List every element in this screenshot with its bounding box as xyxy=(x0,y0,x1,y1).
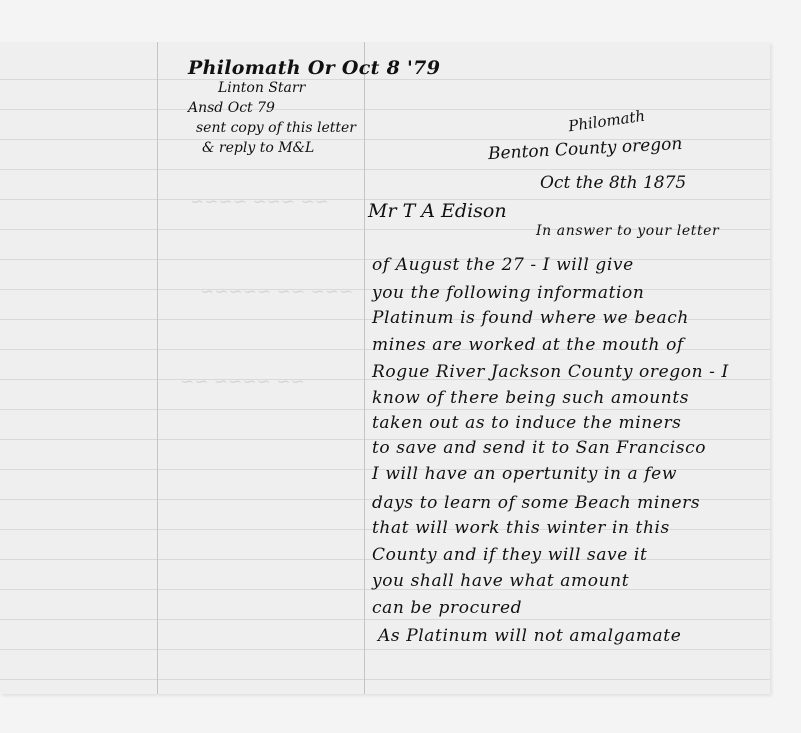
body-line: Rogue River Jackson County oregon - I xyxy=(372,362,729,382)
margin-note-line: Linton Starr xyxy=(188,78,440,98)
bleed-through-text: ~~ ~~~ ~~~~ xyxy=(190,192,329,212)
salutation: Mr T A Edison xyxy=(368,200,507,222)
body-line: you shall have what amount xyxy=(372,571,629,591)
body-line: can be procured xyxy=(372,598,522,618)
margin-note-line: Philomath Or Oct 8 '79 xyxy=(188,58,440,78)
margin-note-line: & reply to M&L xyxy=(188,138,440,158)
body-line: of August the 27 - I will give xyxy=(372,255,634,275)
body-line: I will have an opertunity in a few xyxy=(372,464,677,484)
fold-line-left xyxy=(157,42,158,694)
body-line: know of there being such amounts xyxy=(372,388,689,408)
margin-note: Philomath Or Oct 8 '79 Linton Starr Ansd… xyxy=(188,58,440,158)
body-line: to save and send it to San Francisco xyxy=(372,438,706,458)
body-line: In answer to your letter xyxy=(536,223,719,239)
body-line: days to learn of some Beach miners xyxy=(372,493,700,513)
body-line: that will work this winter in this xyxy=(372,518,670,538)
bleed-through-text: ~~ ~~~~ ~~ xyxy=(180,372,305,392)
margin-note-line: sent copy of this letter xyxy=(188,118,440,138)
date-line: Oct the 8th 1875 xyxy=(540,170,686,196)
body-line: County and if they will save it xyxy=(372,545,647,565)
body-line: mines are worked at the mouth of xyxy=(372,335,684,355)
margin-note-line: Ansd Oct 79 xyxy=(188,98,440,118)
body-line: Platinum is found where we beach xyxy=(372,308,689,328)
body-line: As Platinum will not amalgamate xyxy=(378,626,681,646)
body-line: you the following information xyxy=(372,283,644,303)
bleed-through-text: ~~~ ~~ ~~~~~ xyxy=(200,282,353,302)
body-line: taken out as to induce the miners xyxy=(372,413,682,433)
